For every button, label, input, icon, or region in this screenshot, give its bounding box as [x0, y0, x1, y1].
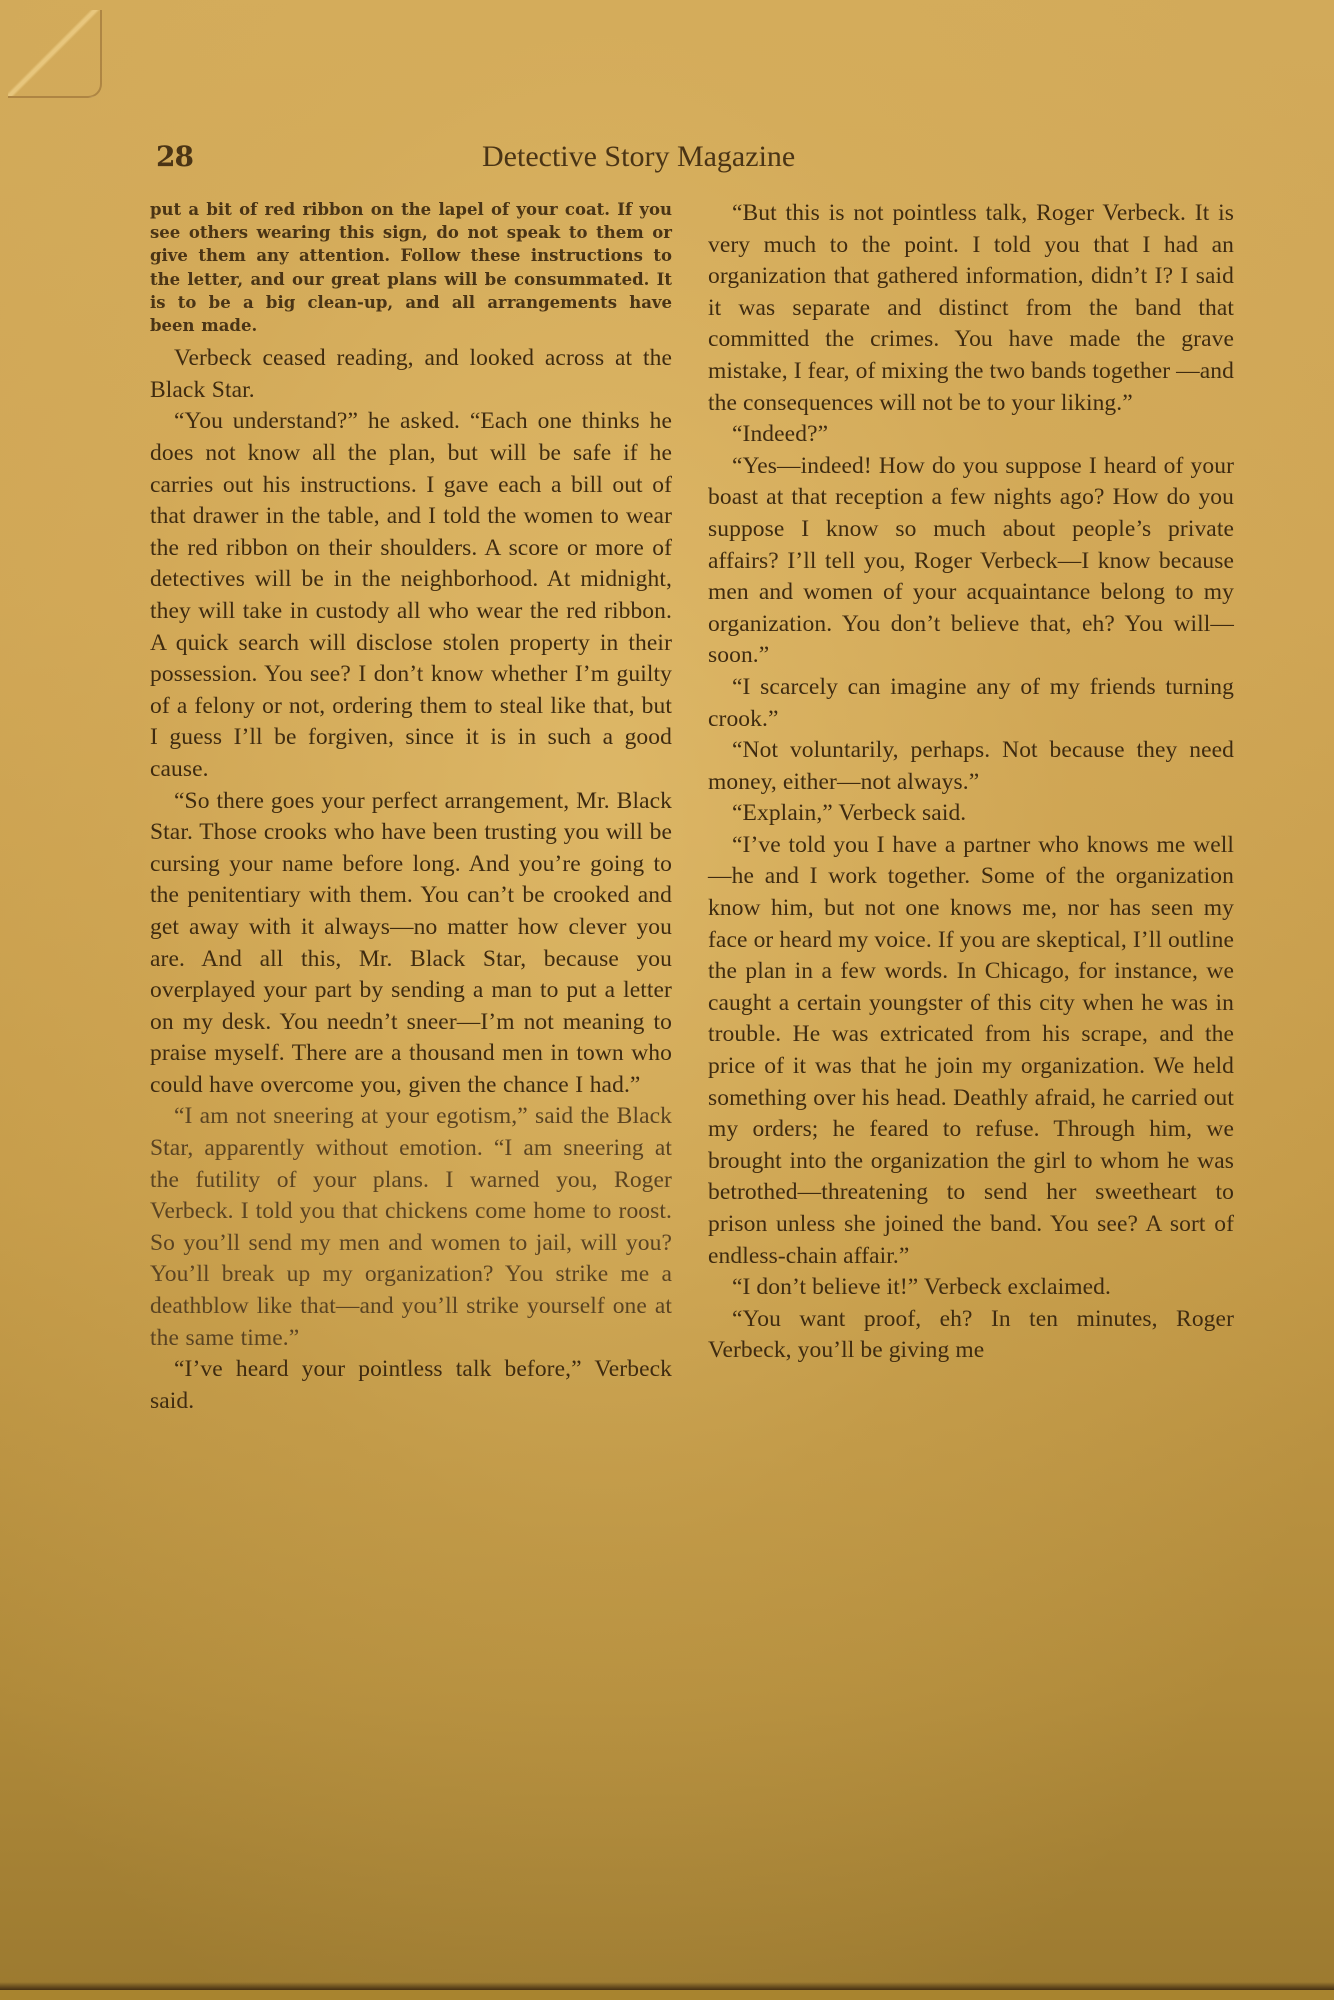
- magazine-title: Detective Story Magazine: [482, 140, 795, 174]
- magazine-page: 28 Detective Story Magazine put a bit of…: [0, 0, 1334, 1990]
- folded-corner: [8, 10, 102, 98]
- page-number: 28: [156, 140, 193, 173]
- letter-excerpt: put a bit of red ribbon on the lapel of …: [150, 198, 672, 337]
- paragraph: “I scarcely can imagine any of my friend…: [708, 672, 1234, 735]
- running-header: 28 Detective Story Magazine: [156, 140, 894, 180]
- paragraph: “I’ve heard your pointless talk before,”…: [150, 1354, 672, 1417]
- right-column: “But this is not pointless talk, Roger V…: [708, 198, 1234, 1367]
- left-column: put a bit of red ribbon on the lapel of …: [150, 198, 672, 1417]
- paragraph: “I am not sneering at your egotism,” sai…: [150, 1101, 672, 1354]
- paragraph: “You want proof, eh? In ten minutes, Rog…: [708, 1304, 1234, 1367]
- paragraph: “Explain,” Verbeck said.: [708, 798, 1234, 830]
- paragraph: Verbeck ceased reading, and looked acros…: [150, 343, 672, 406]
- paragraph: “Yes—indeed! How do you suppose I heard …: [708, 451, 1234, 672]
- paragraph: “So there goes your perfect arrangement,…: [150, 786, 672, 1102]
- paragraph: “I don’t believe it!” Verbeck exclaimed.: [708, 1272, 1234, 1304]
- paragraph: “Not voluntarily, perhaps. Not because t…: [708, 735, 1234, 798]
- paragraph: “Indeed?”: [708, 419, 1234, 451]
- paragraph: “You understand?” he asked. “Each one th…: [150, 406, 672, 785]
- paragraph: “But this is not pointless talk, Roger V…: [708, 198, 1234, 419]
- paragraph: “I’ve told you I have a partner who know…: [708, 830, 1234, 1272]
